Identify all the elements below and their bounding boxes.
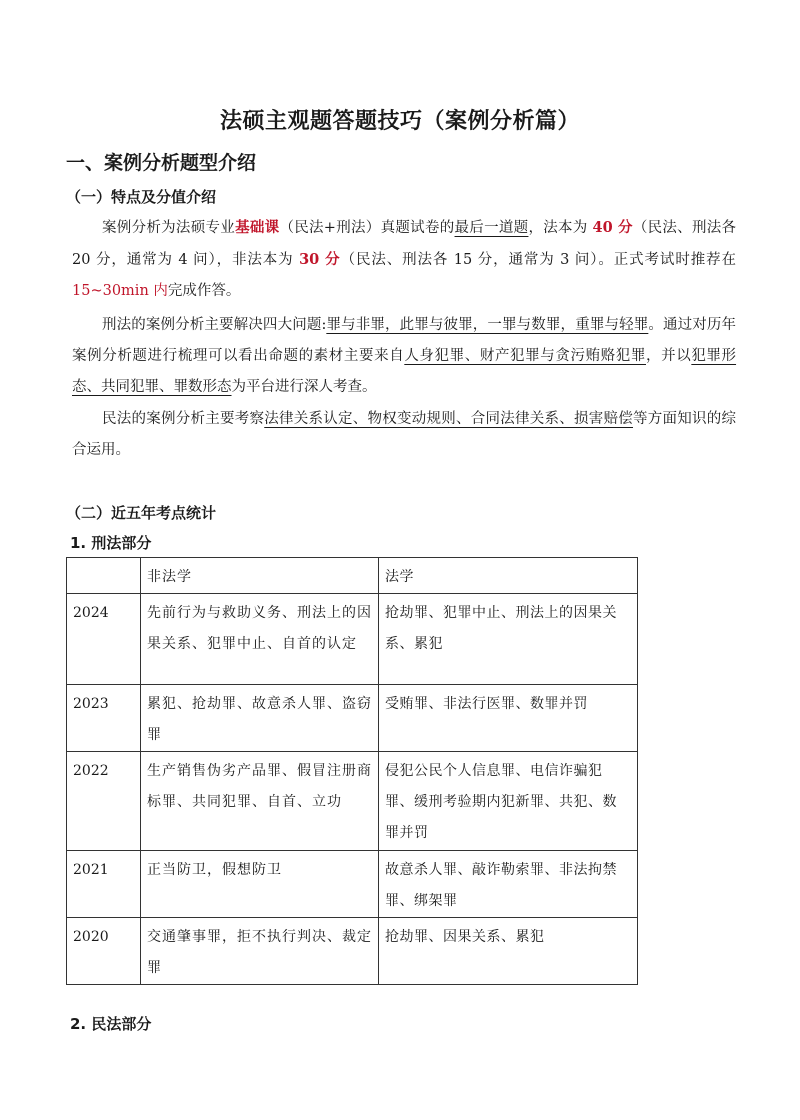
cell-law: 抢劫罪、犯罪中止、刑法上的因果关系、累犯: [379, 594, 638, 685]
text-span: （民法、刑法各 15 分，通常为 3 问）。正式考试时推荐在: [341, 252, 736, 268]
subsection-heading-statistics: （二）近五年考点统计: [66, 502, 216, 523]
text-span: 为平台进行深人考查。: [232, 379, 377, 395]
part-heading-civil-law: 2. 民法部分: [70, 1013, 151, 1034]
cell-law: 故意杀人罪、敲诈勒索罪、非法拘禁罪、绑架罪: [379, 851, 638, 918]
header-cell-year: [67, 558, 141, 594]
text-span: 刑法的案例分析主要解决四大问题:: [102, 317, 326, 333]
paragraph-intro: 案例分析为法硕专业基础课（民法+刑法）真题试卷的最后一道题，法本为 40 分（民…: [72, 212, 736, 307]
table-row: 2023 累犯、抢劫罪、故意杀人罪、盗窃罪 受贿罪、非法行医罪、数罪并罚: [67, 685, 638, 752]
table-row: 2021 正当防卫，假想防卫 故意杀人罪、敲诈勒索罪、非法拘禁罪、绑架罪: [67, 851, 638, 918]
underline-crime-sources: 人身犯罪、财产犯罪与贪污贿赂犯罪: [404, 348, 646, 364]
cell-year: 2022: [67, 752, 141, 851]
cell-year: 2023: [67, 685, 141, 752]
cell-law: 抢劫罪、因果关系、累犯: [379, 918, 638, 985]
underline-civil-topics: 法律关系认定、物权变动规则、合同法律关系、损害赔偿: [264, 411, 633, 427]
cell-law: 受贿罪、非法行医罪、数罪并罚: [379, 685, 638, 752]
highlight-time: 15~30min 内: [72, 283, 168, 299]
cell-non-law: 先前行为与救助义务、刑法上的因果关系、犯罪中止、自首的认定: [141, 594, 379, 685]
document-title: 法硕主观题答题技巧（案例分析篇）: [0, 104, 800, 135]
highlight-30-points: 30 分: [299, 251, 341, 268]
cell-year: 2021: [67, 851, 141, 918]
text-span: 完成作答。: [168, 283, 241, 299]
cell-non-law: 生产销售伪劣产品罪、假冒注册商标罪、共同犯罪、自首、立功: [141, 752, 379, 851]
header-cell-non-law: 非法学: [141, 558, 379, 594]
table-header-row: 非法学 法学: [67, 558, 638, 594]
highlight-basic-course: 基础课: [235, 219, 279, 236]
cell-year: 2020: [67, 918, 141, 985]
header-cell-law: 法学: [379, 558, 638, 594]
underline-four-issues: 罪与非罪，此罪与彼罪，一罪与数罪，重罪与轻罪: [326, 317, 648, 333]
section-heading-case-analysis-intro: 一、案例分析题型介绍: [66, 148, 256, 175]
paragraph-civil-law: 民法的案例分析主要考察法律关系认定、物权变动规则、合同法律关系、损害赔偿等方面知…: [72, 404, 736, 466]
criminal-law-topics-table: 非法学 法学 2024 先前行为与救助义务、刑法上的因果关系、犯罪中止、自首的认…: [66, 557, 638, 985]
cell-non-law: 正当防卫，假想防卫: [141, 851, 379, 918]
cell-non-law: 交通肇事罪，拒不执行判决、裁定罪: [141, 918, 379, 985]
text-span: ，并以: [646, 348, 691, 364]
cell-non-law: 累犯、抢劫罪、故意杀人罪、盗窃罪: [141, 685, 379, 752]
underline-last-question: 最后一道题: [455, 220, 529, 236]
paragraph-criminal-law: 刑法的案例分析主要解决四大问题:罪与非罪，此罪与彼罪，一罪与数罪，重罪与轻罪。通…: [72, 310, 736, 403]
text-span: 案例分析为法硕专业: [102, 220, 235, 236]
subsection-heading-features: （一）特点及分值介绍: [66, 186, 216, 207]
cell-law: 侵犯公民个人信息罪、电信诈骗犯罪、缓刑考验期内犯新罪、共犯、数罪并罚: [379, 752, 638, 851]
text-span: ，法本为: [528, 220, 592, 236]
cell-year: 2024: [67, 594, 141, 685]
table-row: 2024 先前行为与救助义务、刑法上的因果关系、犯罪中止、自首的认定 抢劫罪、犯…: [67, 594, 638, 685]
text-span: （民法+刑法）真题试卷的: [279, 220, 454, 236]
highlight-40-points: 40 分: [593, 219, 633, 236]
text-span: 民法的案例分析主要考察: [102, 411, 264, 427]
table-row: 2022 生产销售伪劣产品罪、假冒注册商标罪、共同犯罪、自首、立功 侵犯公民个人…: [67, 752, 638, 851]
table-row: 2020 交通肇事罪，拒不执行判决、裁定罪 抢劫罪、因果关系、累犯: [67, 918, 638, 985]
part-heading-criminal-law: 1. 刑法部分: [70, 532, 151, 553]
